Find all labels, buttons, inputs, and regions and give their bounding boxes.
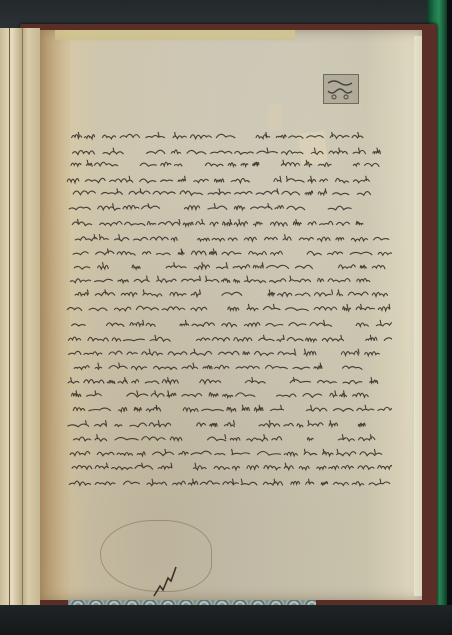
margin-note	[150, 560, 180, 600]
page-edge-right	[414, 36, 422, 596]
paper-patch-small	[268, 104, 282, 130]
seal-glyph-icon	[324, 75, 358, 103]
top-edge-discoloration	[55, 30, 295, 40]
left-page-stack	[0, 28, 40, 618]
background-bottom	[0, 605, 452, 635]
handwritten-text-block	[62, 130, 392, 510]
seal-stamp-icon	[323, 74, 359, 104]
script-lines	[62, 130, 392, 510]
background-right	[447, 0, 452, 635]
